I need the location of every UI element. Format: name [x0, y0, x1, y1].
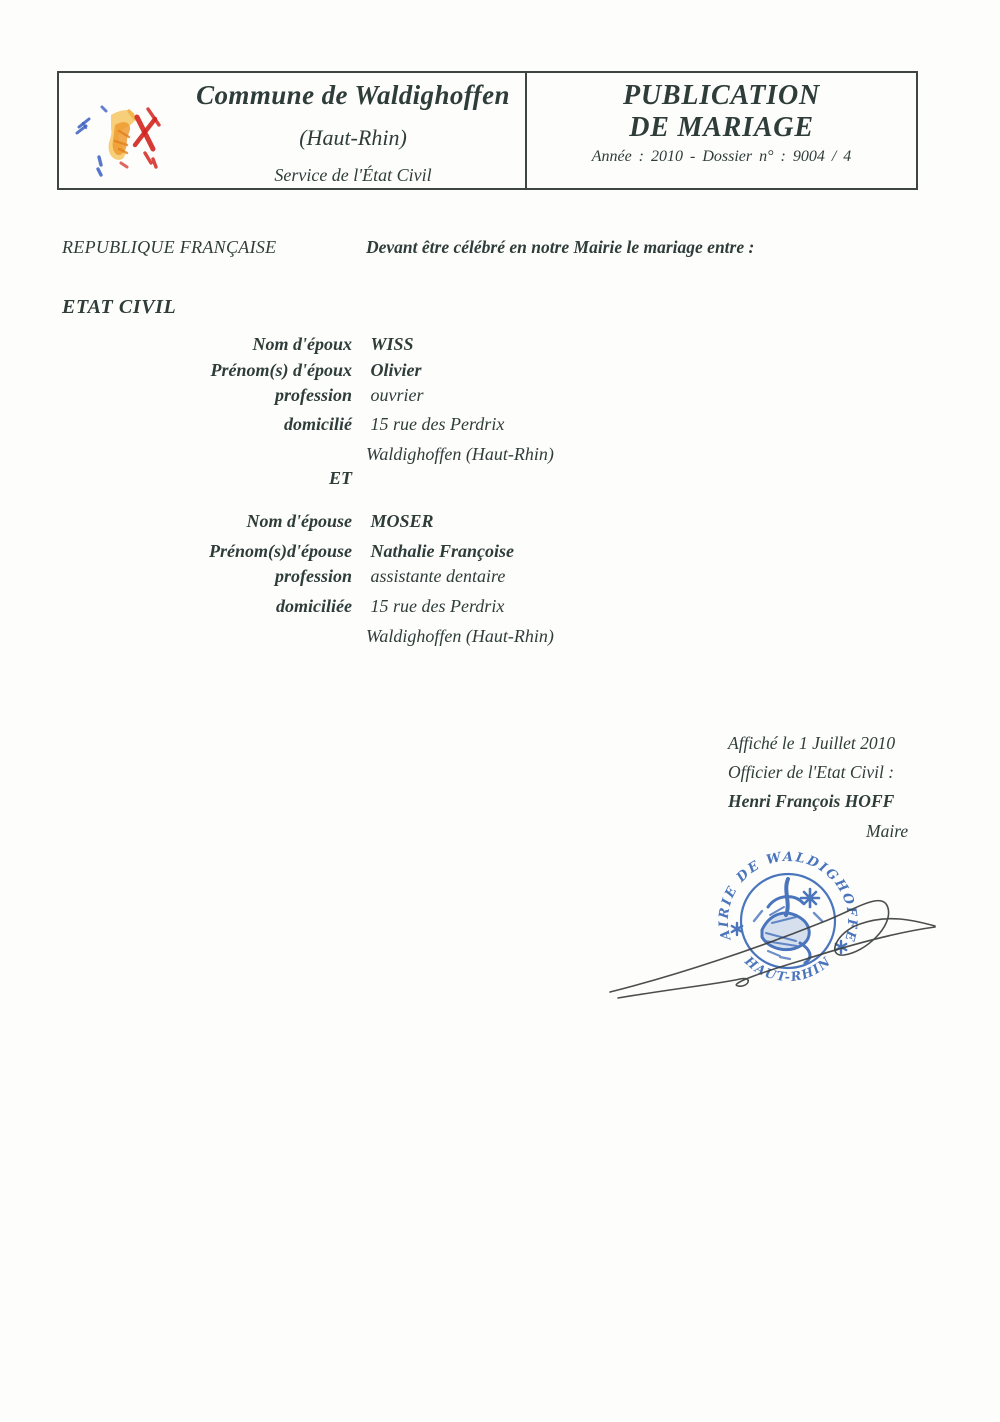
affiche-date: Affiché le 1 Juillet 2010	[728, 735, 895, 753]
signatory-function: Maire	[866, 823, 908, 841]
field-row-groom-nom: Nom d'époux WISS	[0, 334, 1000, 355]
field-value-ville-epoux: Waldighoffen (Haut-Rhin)	[366, 444, 554, 465]
field-label-domicile-epoux: domicilié	[0, 414, 352, 435]
header-commune-box: Commune de Waldighoffen (Haut-Rhin) Serv…	[59, 73, 527, 188]
field-value-nom-epoux: WISS	[371, 334, 414, 355]
field-value-prenom-epouse: Nathalie Françoise	[371, 541, 515, 562]
field-row-groom-city: Waldighoffen (Haut-Rhin)	[0, 444, 1000, 465]
field-value-prenom-epoux: Olivier	[371, 360, 422, 381]
field-row-bride-prenom: Prénom(s)d'épouse Nathalie Françoise	[0, 541, 1000, 562]
field-row-separator: ET	[0, 468, 1000, 489]
officier-label: Officier de l'Etat Civil :	[728, 764, 894, 782]
department-name: (Haut-Rhin)	[187, 126, 519, 150]
dossier-reference: Année : 2010 - Dossier n° : 9004 / 4	[527, 148, 916, 166]
field-value-profession-epouse: assistante dentaire	[371, 566, 506, 587]
field-value-adresse-epouse: 15 rue des Perdrix	[371, 596, 505, 617]
field-label-prenom-epoux: Prénom(s) d'époux	[0, 360, 352, 381]
field-row-bride-profession: profession assistante dentaire	[0, 566, 1000, 587]
header-title-box: PUBLICATION DE MARIAGE Année : 2010 - Do…	[527, 73, 916, 188]
etat-civil-title: ETAT CIVIL	[62, 297, 176, 317]
document-header: Commune de Waldighoffen (Haut-Rhin) Serv…	[57, 71, 918, 190]
field-row-bride-domicile: domiciliée 15 rue des Perdrix	[0, 596, 1000, 617]
commune-logo-icon	[69, 97, 169, 183]
document-page: Commune de Waldighoffen (Haut-Rhin) Serv…	[0, 0, 1000, 1422]
republique-francaise-label: REPUBLIQUE FRANÇAISE	[62, 238, 276, 256]
field-label-domicile-epouse: domiciliée	[0, 596, 352, 617]
commune-name: Commune de Waldighoffen	[187, 81, 519, 111]
header-commune-text: Commune de Waldighoffen (Haut-Rhin) Serv…	[187, 81, 519, 186]
field-value-nom-epouse: MOSER	[371, 511, 434, 532]
field-row-groom-prenom: Prénom(s) d'époux Olivier	[0, 360, 1000, 381]
publication-title-line1: PUBLICATION	[527, 80, 916, 112]
field-row-groom-profession: profession ouvrier	[0, 385, 1000, 406]
field-label-profession-epouse: profession	[0, 566, 352, 587]
maire-signature	[598, 880, 948, 1008]
field-value-ville-epouse: Waldighoffen (Haut-Rhin)	[366, 626, 554, 647]
field-label-nom-epouse: Nom d'épouse	[0, 511, 352, 532]
field-value-adresse-epoux: 15 rue des Perdrix	[371, 414, 505, 435]
field-row-bride-city: Waldighoffen (Haut-Rhin)	[0, 626, 1000, 647]
field-label-nom-epoux: Nom d'époux	[0, 334, 352, 355]
intro-sentence: Devant être célébré en notre Mairie le m…	[366, 237, 754, 258]
field-row-bride-nom: Nom d'épouse MOSER	[0, 511, 1000, 532]
field-value-profession-epoux: ouvrier	[371, 385, 424, 406]
service-name: Service de l'État Civil	[187, 166, 519, 186]
signatory-name: Henri François HOFF	[728, 793, 894, 811]
field-row-groom-domicile: domicilié 15 rue des Perdrix	[0, 414, 1000, 435]
field-label-profession-epoux: profession	[0, 385, 352, 406]
separator-et: ET	[0, 468, 352, 489]
publication-title-line2: DE MARIAGE	[527, 112, 916, 144]
field-label-prenom-epouse: Prénom(s)d'épouse	[0, 541, 352, 562]
